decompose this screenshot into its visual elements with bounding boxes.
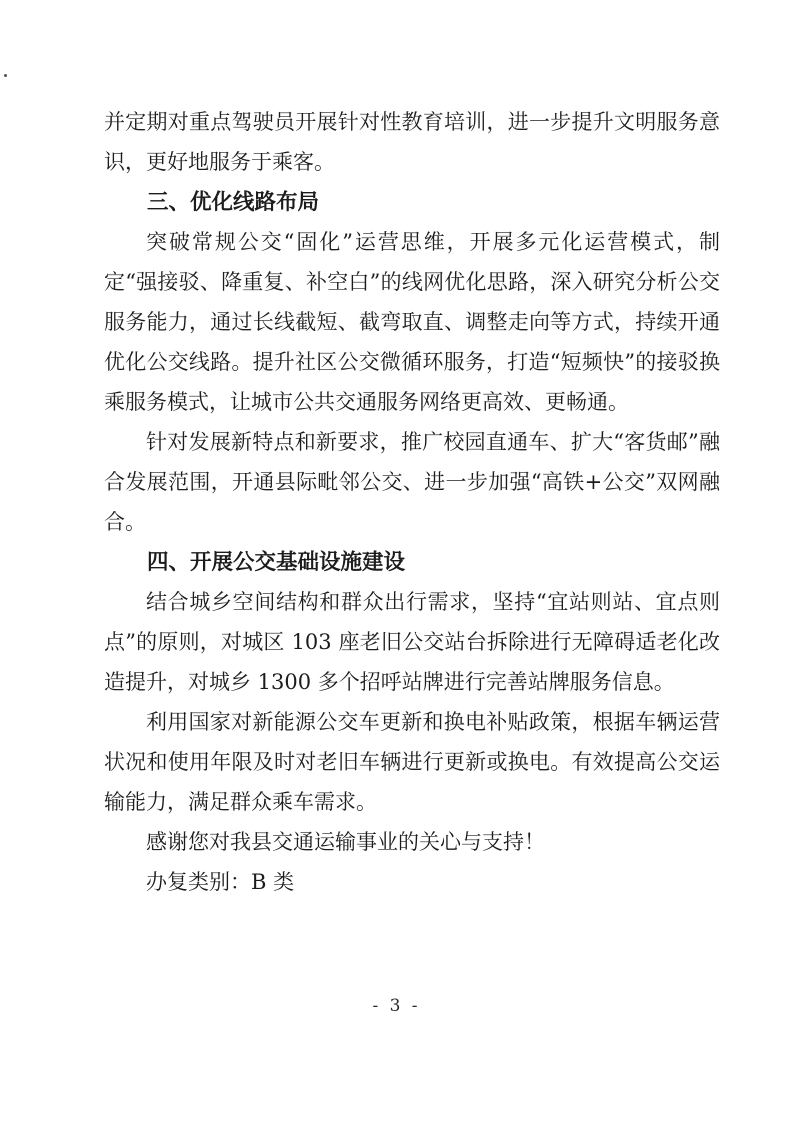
document-page: 并定期对重点驾驶员开展针对性教育培训，进一步提升文明服务意识，更好地服务于乘客。…	[0, 0, 793, 1121]
paragraph-driver-training-continuation: 并定期对重点驾驶员开展针对性教育培训，进一步提升文明服务意识，更好地服务于乘客。	[104, 102, 720, 182]
section-heading-optimize-routes: 三、优化线路布局	[104, 182, 720, 222]
section-heading-infrastructure: 四、开展公交基础设施建设	[104, 542, 720, 582]
page-number: - 3 -	[0, 996, 793, 1016]
paragraph-reply-category: 办复类别：B 类	[104, 862, 720, 902]
scan-artifact-dot	[4, 74, 7, 77]
paragraph-route-network-optimization: 突破常规公交“固化”运营思维，开展多元化运营模式，制定“强接驳、降重复、补空白”…	[104, 222, 720, 422]
paragraph-new-service-modes: 针对发展新特点和新要求，推广校园直通车、扩大“客货邮”融合发展范围，开通县际毗邻…	[104, 422, 720, 542]
document-body: 并定期对重点驾驶员开展针对性教育培训，进一步提升文明服务意识，更好地服务于乘客。…	[104, 102, 720, 902]
paragraph-station-renovation: 结合城乡空间结构和群众出行需求，坚持“宜站则站、宜点则点”的原则，对城区 103…	[104, 582, 720, 702]
paragraph-vehicle-renewal: 利用国家对新能源公交车更新和换电补贴政策，根据车辆运营状况和使用年限及时对老旧车…	[104, 702, 720, 822]
paragraph-thanks: 感谢您对我县交通运输事业的关心与支持！	[104, 822, 720, 862]
